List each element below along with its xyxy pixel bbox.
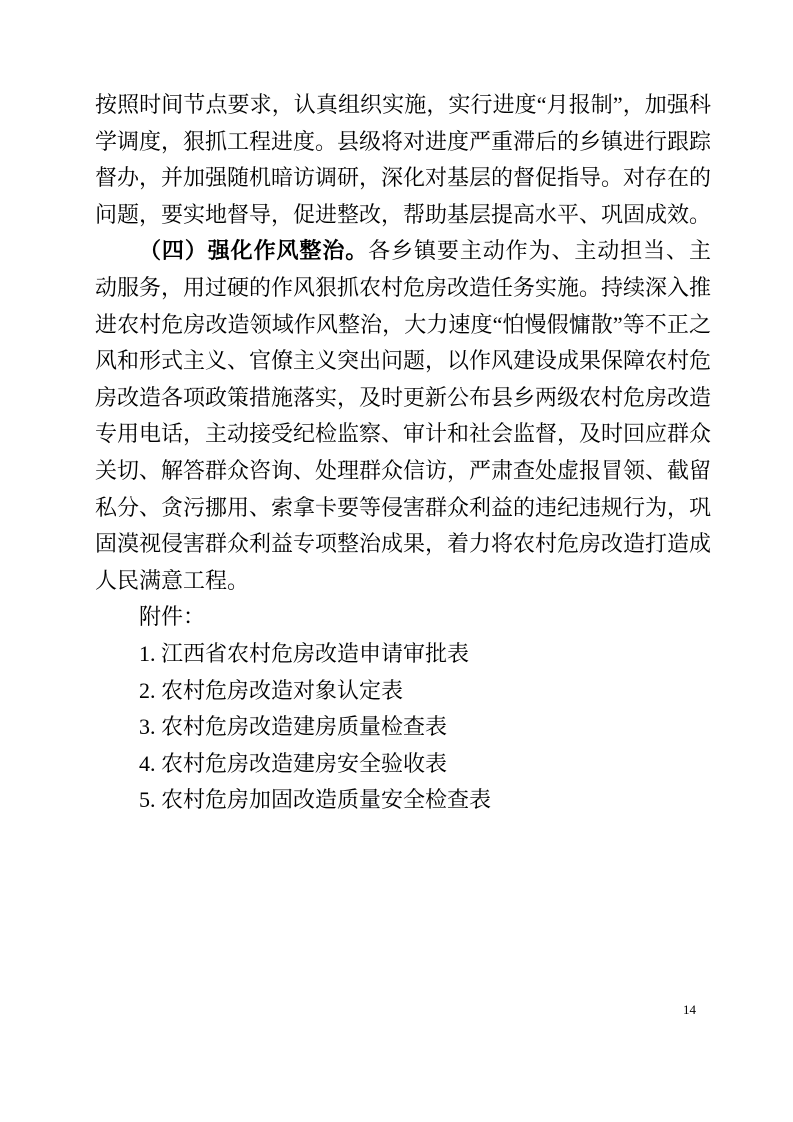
paragraph-section-4: （四）强化作风整治。各乡镇要主动作为、主动担当、主动服务，用过硬的作风狠抓农村危…: [95, 233, 711, 599]
page-number: 14: [683, 1002, 696, 1018]
attachment-item-2: 2. 农村危房改造对象认定表: [95, 673, 711, 710]
attachment-item-5: 5. 农村危房加固改造质量安全检查表: [95, 782, 711, 819]
document-page: 按照时间节点要求，认真组织实施，实行进度“月报制”，加强科学调度，狠抓工程进度。…: [0, 0, 793, 1122]
attachment-item-1: 1. 江西省农村危房改造申请审批表: [95, 636, 711, 673]
section-4-heading: （四）强化作风整治。: [139, 238, 368, 263]
attachments-label: 附件：: [95, 599, 711, 636]
attachment-item-4: 4. 农村危房改造建房安全验收表: [95, 746, 711, 783]
attachment-item-3: 3. 农村危房改造建房质量检查表: [95, 709, 711, 746]
paragraph-continuation: 按照时间节点要求，认真组织实施，实行进度“月报制”，加强科学调度，狠抓工程进度。…: [95, 87, 711, 233]
section-4-body-text: 各乡镇要主动作为、主动担当、主动服务，用过硬的作风狠抓农村危房改造任务实施。持续…: [95, 238, 711, 592]
document-body: 按照时间节点要求，认真组织实施，实行进度“月报制”，加强科学调度，狠抓工程进度。…: [95, 87, 711, 819]
